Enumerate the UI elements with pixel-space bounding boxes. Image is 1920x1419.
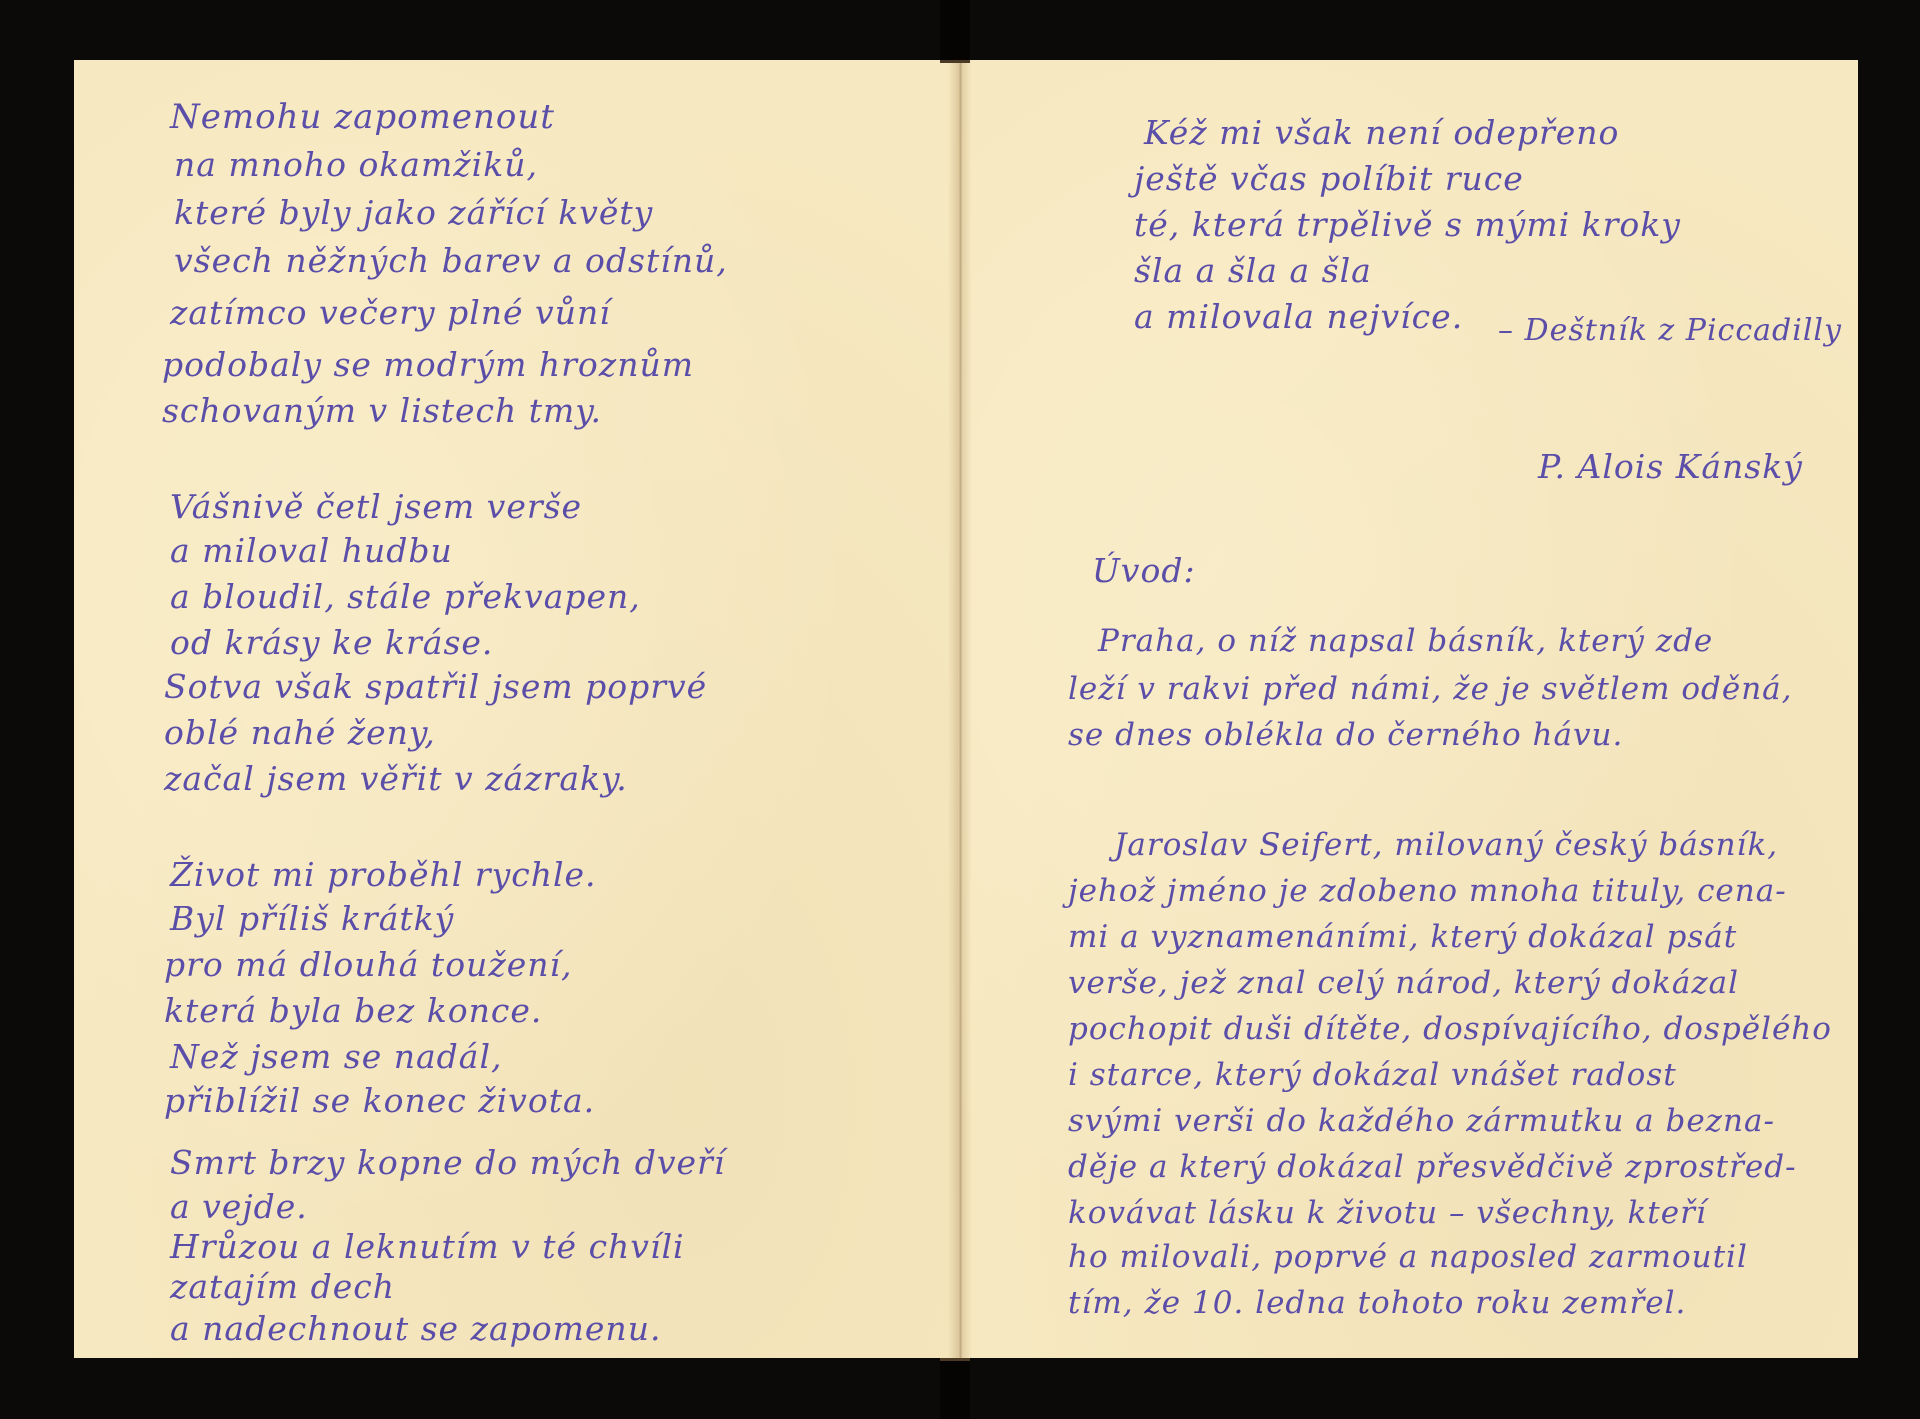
poem-line: oblé nahé ženy, (164, 716, 436, 749)
poem-line: Kéž mi však není odepřeno (1144, 116, 1619, 149)
paragraph-line: Praha, o níž napsal básník, který zde (1098, 626, 1713, 657)
poem-line: přiblížil se konec života. (164, 1084, 595, 1117)
paragraph-line: se dnes oblékla do černého hávu. (1068, 720, 1623, 751)
paragraph-line: pochopit duši dítěte, dospívajícího, dos… (1068, 1014, 1832, 1045)
paragraph-line: ho milovali, poprvé a naposled zarmoutil (1068, 1242, 1748, 1273)
poem-line: zatímco večery plné vůní (170, 296, 611, 329)
paragraph-line: verše, jež znal celý národ, který dokáza… (1068, 968, 1739, 999)
poem-source: – Deštník z Piccadilly (1498, 316, 1842, 346)
poem-line: Sotva však spatřil jsem poprvé (164, 670, 707, 703)
poem-line: a nadechnout se zapomenu. (170, 1312, 661, 1345)
poem-line: a bloudil, stále překvapen, (170, 580, 641, 613)
paragraph-line: mi a vyznamenáními, který dokázal psát (1068, 922, 1737, 953)
poem-line: šla a šla a šla (1134, 254, 1372, 287)
poem-line: od krásy ke kráse. (170, 626, 493, 659)
poem-line: která byla bez konce. (164, 994, 542, 1027)
poem-line: a miloval hudbu (170, 534, 453, 567)
poem-line: Vášnivě četl jsem verše (170, 490, 582, 523)
poem-line: podobaly se modrým hroznům (162, 348, 694, 381)
poem-line: a vejde. (170, 1190, 308, 1223)
intro-heading: Úvod: (1092, 554, 1196, 587)
poem-line: Než jsem se nadál, (170, 1040, 502, 1073)
open-notebook: Nemohu zapomenout na mnoho okamžiků, kte… (74, 60, 1858, 1358)
book-gutter (948, 60, 972, 1358)
poem-line: začal jsem věřit v zázraky. (164, 762, 628, 795)
poem-line: na mnoho okamžiků, (174, 148, 538, 181)
paragraph-line: leží v rakvi před námi, že je světlem od… (1068, 674, 1793, 705)
poem-line: které byly jako zářící květy (174, 196, 653, 229)
poem-line: zatajím dech (170, 1270, 395, 1303)
poem-line: té, která trpělivě s mými kroky (1134, 208, 1681, 241)
right-page: Kéž mi však není odepřeno ještě včas pol… (958, 60, 1858, 1358)
poem-line: Byl příliš krátký (170, 902, 454, 935)
paragraph-line: Jaroslav Seifert, milovaný český básník, (1114, 830, 1778, 861)
paragraph-line: jehož jméno je zdobeno mnoha tituly, cen… (1068, 876, 1787, 907)
poem-line: všech něžných barev a odstínů, (174, 244, 728, 277)
poem-line: Hrůzou a leknutím v té chvíli (170, 1230, 685, 1263)
signature: P. Alois Kánský (1538, 450, 1803, 483)
binding-spine-top (940, 0, 970, 63)
paragraph-line: kovávat lásku k životu – všechny, kteří (1068, 1198, 1707, 1229)
poem-line: a milovala nejvíce. (1134, 300, 1463, 333)
poem-line: Život mi proběhl rychle. (170, 858, 597, 891)
binding-spine-bottom (940, 1358, 970, 1419)
poem-line: ještě včas políbit ruce (1134, 162, 1524, 195)
poem-line: Nemohu zapomenout (170, 100, 555, 134)
poem-line: pro má dlouhá toužení, (164, 948, 573, 981)
paragraph-line: i starce, který dokázal vnášet radost (1068, 1060, 1677, 1091)
paragraph-line: svými verši do každého zármutku a bezna- (1068, 1106, 1775, 1137)
poem-line: schovaným v listech tmy. (162, 394, 602, 427)
paragraph-line: tím, že 10. ledna tohoto roku zemřel. (1068, 1288, 1686, 1319)
left-page: Nemohu zapomenout na mnoho okamžiků, kte… (74, 60, 958, 1358)
paragraph-line: děje a který dokázal přesvědčivě zprostř… (1068, 1152, 1797, 1183)
poem-line: Smrt brzy kopne do mých dveří (170, 1146, 725, 1179)
